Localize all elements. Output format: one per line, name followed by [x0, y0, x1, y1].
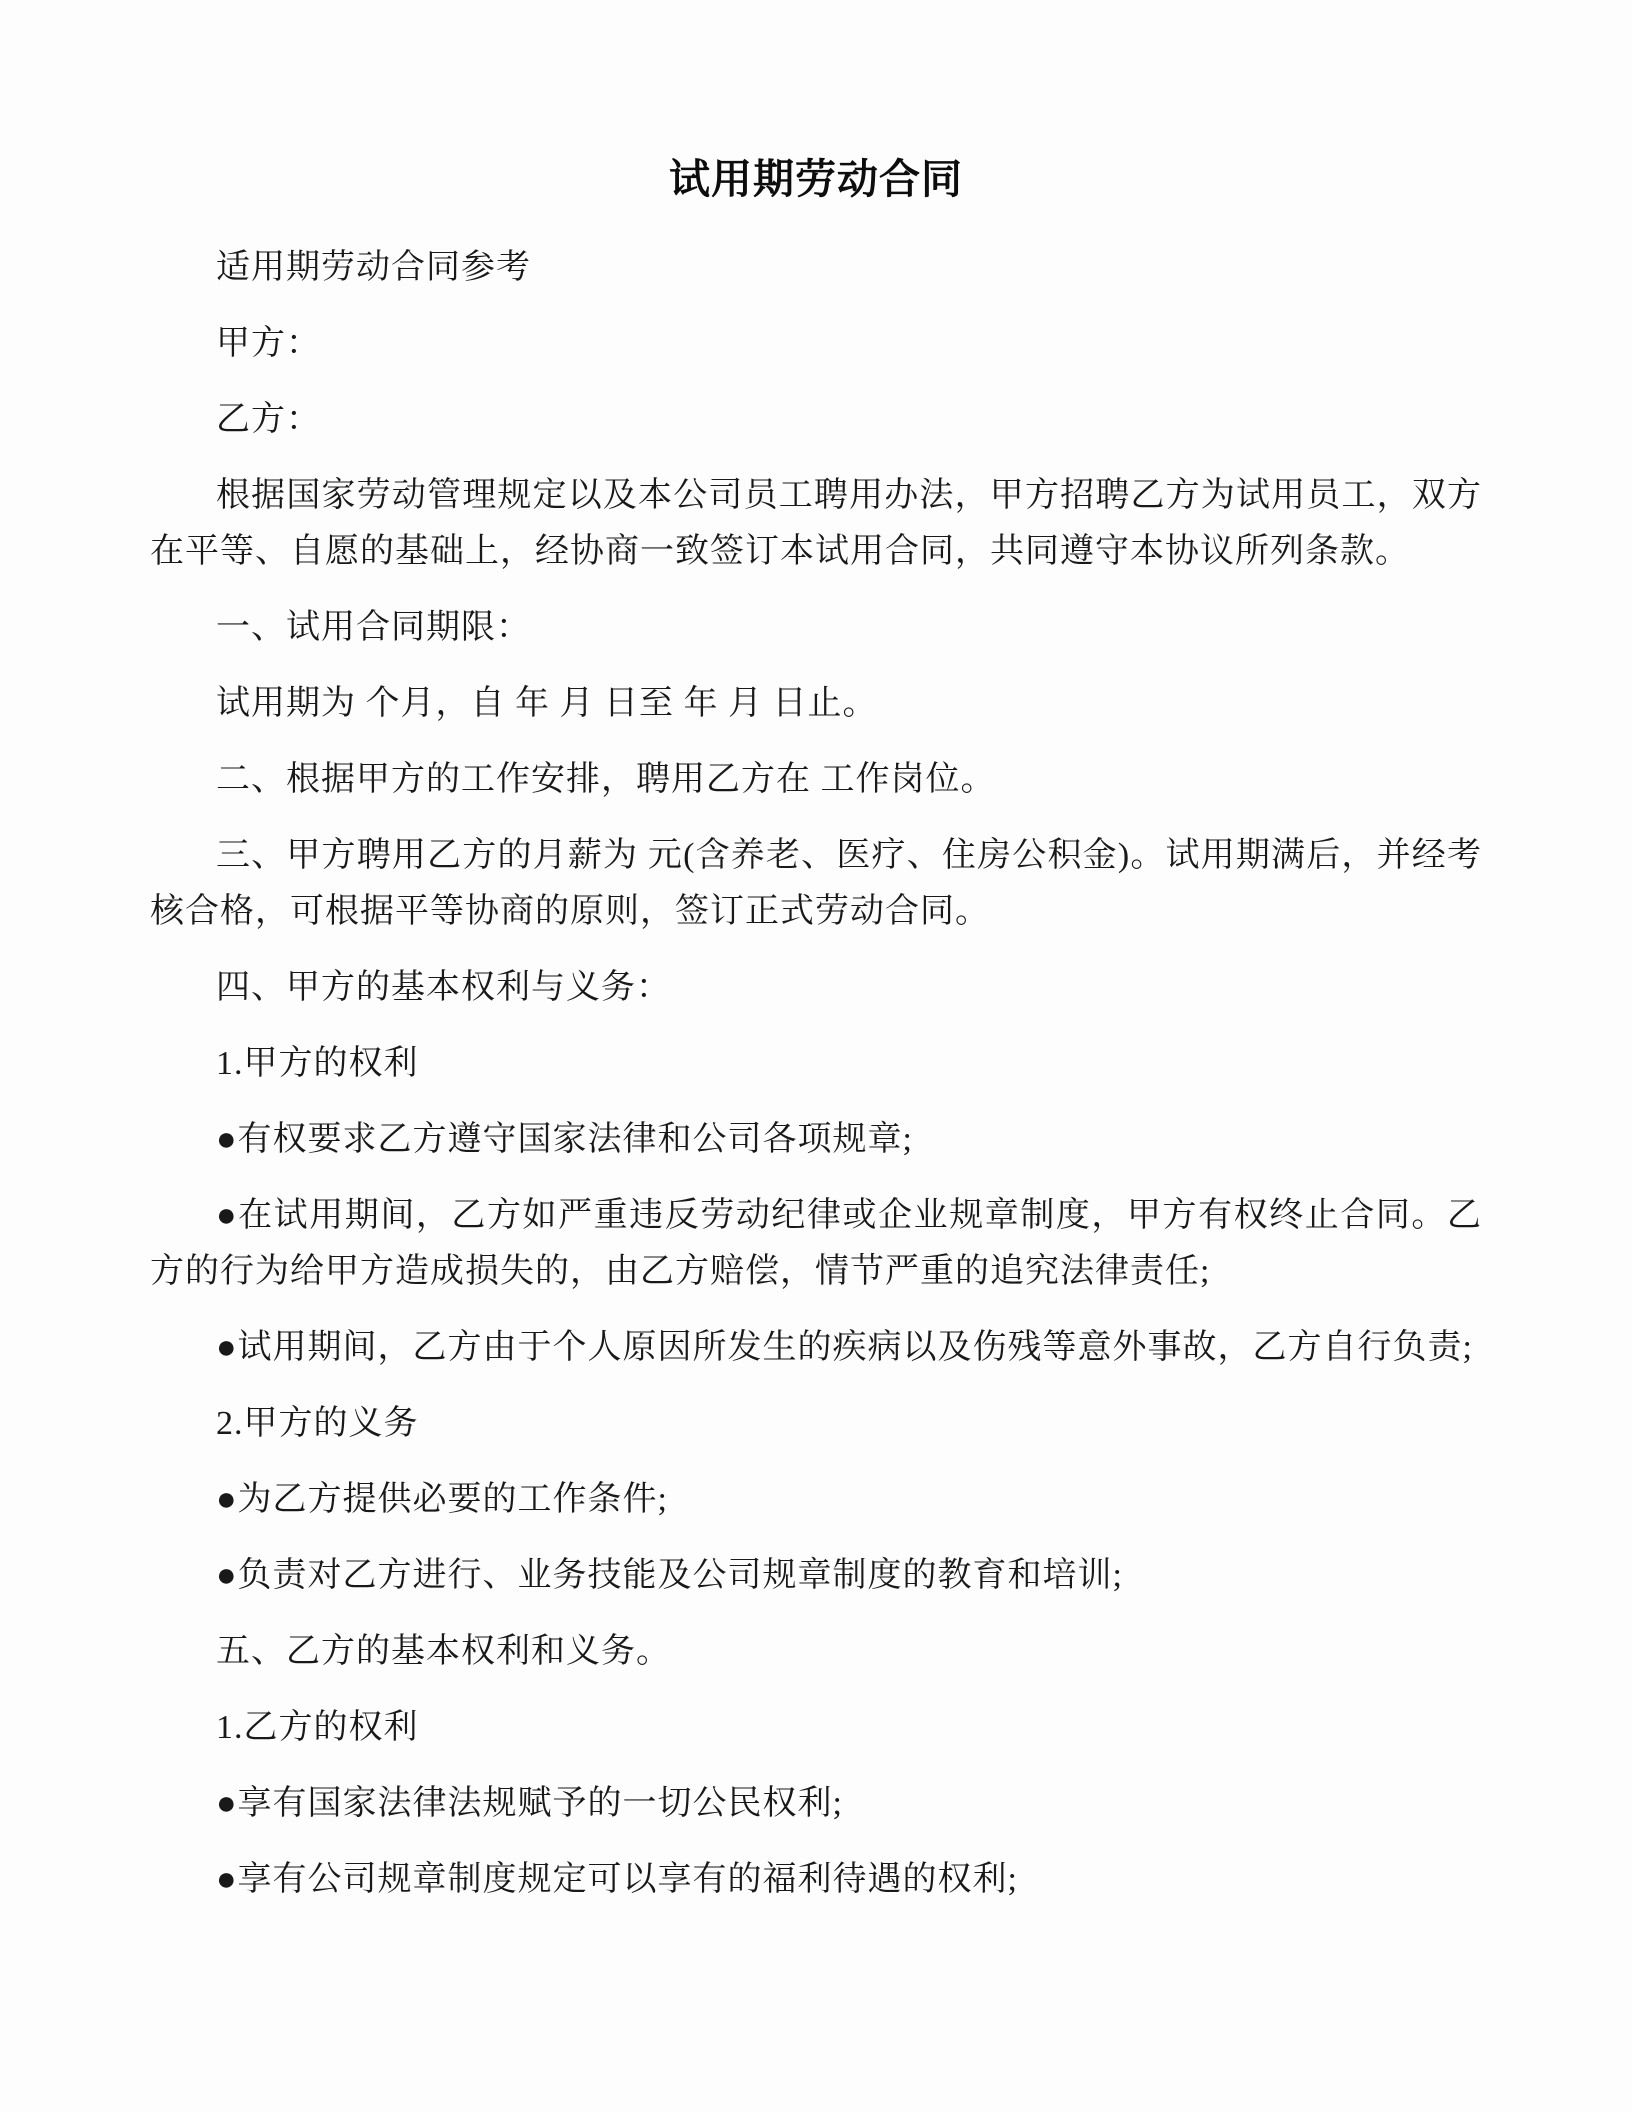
paragraph-bullet: ●负责对乙方进行、业务技能及公司规章制度的教育和培训;	[150, 1548, 1482, 1604]
paragraph-subheading: 1.甲方的权利	[150, 1036, 1482, 1092]
paragraph-bullet: ●试用期间，乙方由于个人原因所发生的疾病以及伤残等意外事故，乙方自行负责;	[150, 1320, 1482, 1376]
paragraph-body: 三、甲方聘用乙方的月薪为 元(含养老、医疗、住房公积金)。试用期满后，并经考核合…	[150, 828, 1482, 940]
document-title: 试用期劳动合同	[150, 152, 1482, 206]
paragraph-heading: 二、根据甲方的工作安排，聘用乙方在 工作岗位。	[150, 752, 1482, 808]
document-page: 试用期劳动合同 适用期劳动合同参考甲方：乙方：根据国家劳动管理规定以及本公司员工…	[0, 0, 1632, 2112]
paragraph-subheading: 1.乙方的权利	[150, 1700, 1482, 1756]
paragraph-heading: 四、甲方的基本权利与义务：	[150, 960, 1482, 1016]
paragraph-body: 乙方：	[150, 392, 1482, 448]
paragraph-subheading: 2.甲方的义务	[150, 1396, 1482, 1452]
paragraph-body: 根据国家劳动管理规定以及本公司员工聘用办法，甲方招聘乙方为试用员工，双方在平等、…	[150, 468, 1482, 580]
document-body: 适用期劳动合同参考甲方：乙方：根据国家劳动管理规定以及本公司员工聘用办法，甲方招…	[150, 240, 1482, 1908]
paragraph-heading: 五、乙方的基本权利和义务。	[150, 1624, 1482, 1680]
paragraph-bullet: ●为乙方提供必要的工作条件;	[150, 1472, 1482, 1528]
paragraph-body: 适用期劳动合同参考	[150, 240, 1482, 296]
paragraph-body: 试用期为 个月，自 年 月 日至 年 月 日止。	[150, 676, 1482, 732]
paragraph-bullet: ●有权要求乙方遵守国家法律和公司各项规章;	[150, 1112, 1482, 1168]
paragraph-bullet: ●在试用期间，乙方如严重违反劳动纪律或企业规章制度，甲方有权终止合同。乙方的行为…	[150, 1188, 1482, 1300]
paragraph-body: 甲方：	[150, 316, 1482, 372]
paragraph-bullet: ●享有公司规章制度规定可以享有的福利待遇的权利;	[150, 1852, 1482, 1908]
paragraph-bullet: ●享有国家法律法规赋予的一切公民权利;	[150, 1776, 1482, 1832]
paragraph-heading: 一、试用合同期限：	[150, 600, 1482, 656]
